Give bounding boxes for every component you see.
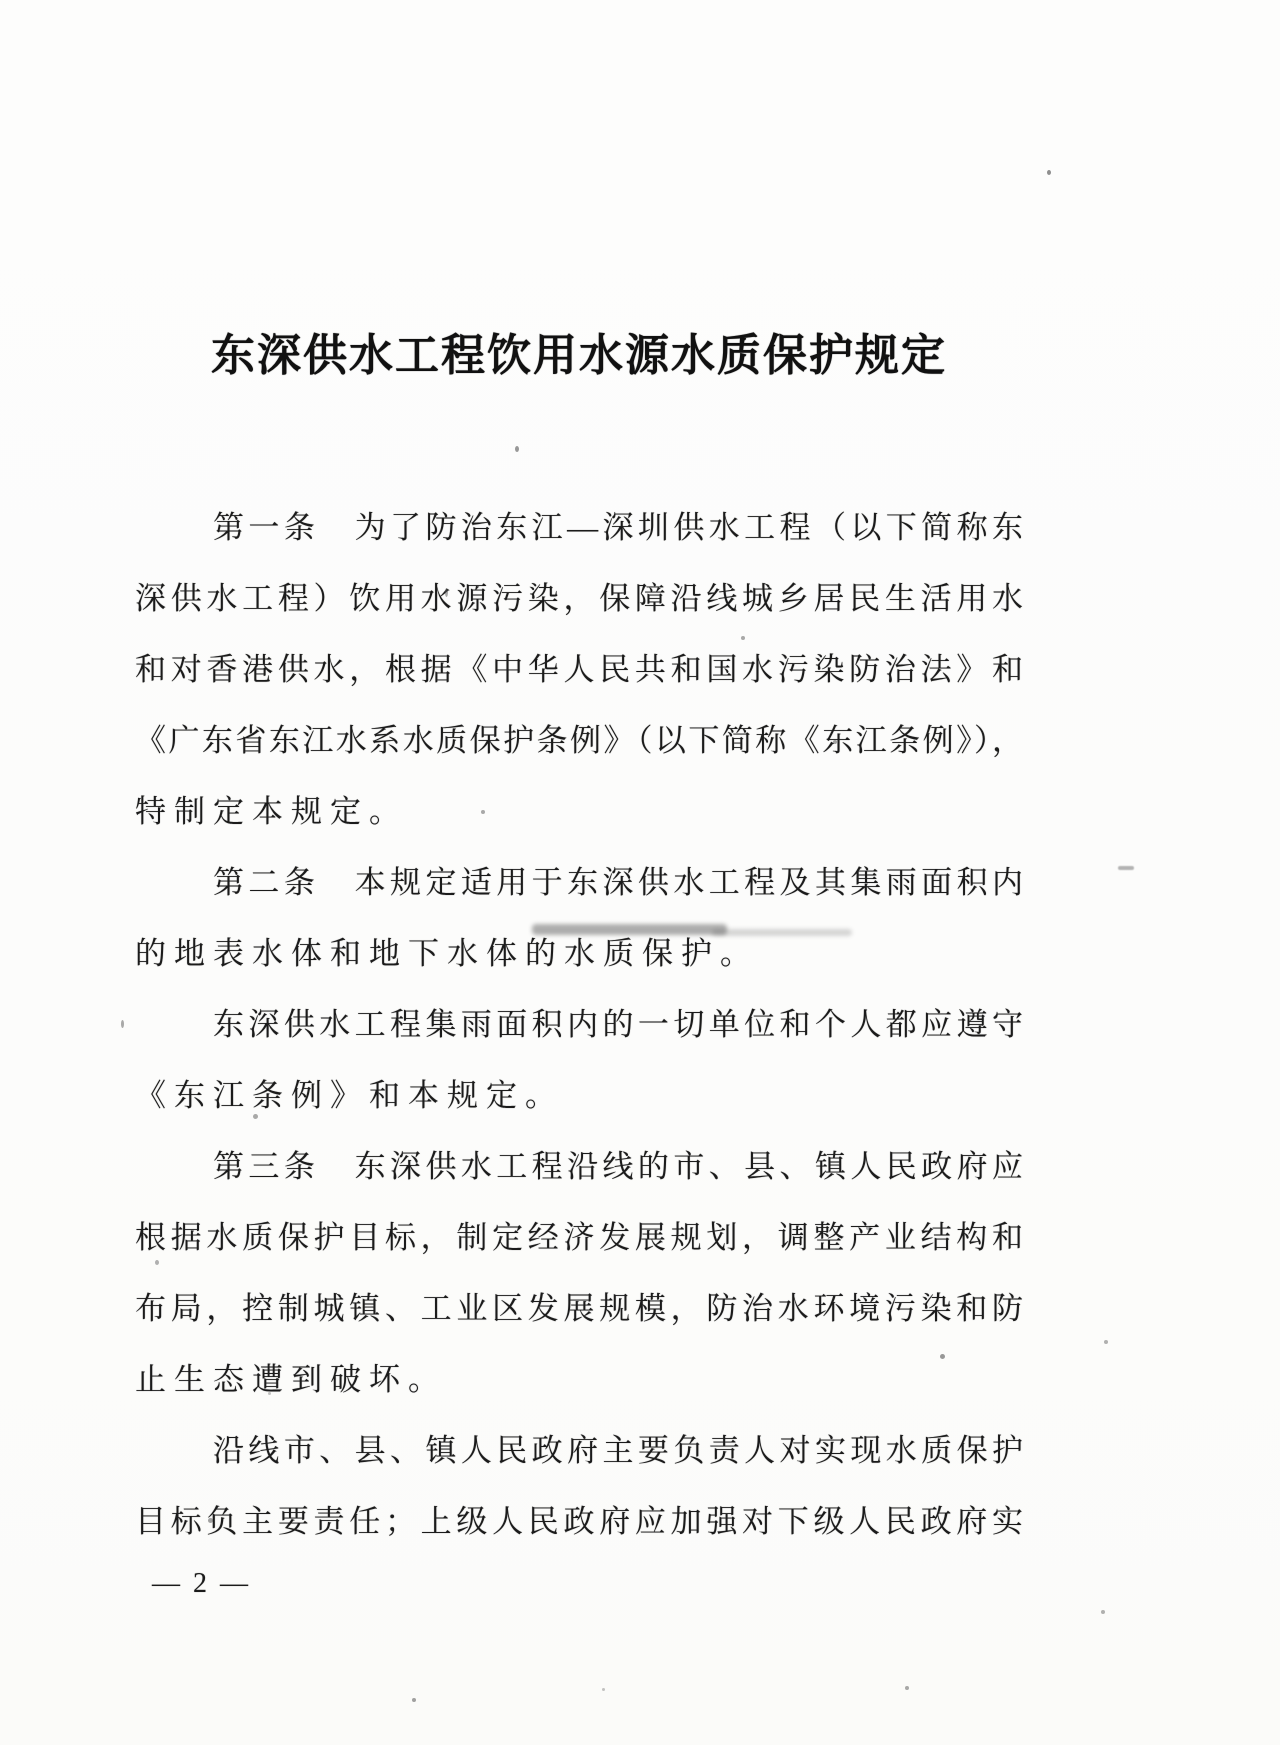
noise-speck: [412, 1698, 416, 1702]
body-line: 目标负主要责任；上级人民政府应加强对下级人民政府实: [135, 1486, 1023, 1557]
page-number: — 2 —: [152, 1568, 251, 1600]
noise-speck: [905, 1686, 909, 1690]
scanned-page: 东深供水工程饮用水源水质保护规定 第一条 为了防治东江—深圳供水工程（以下简称东…: [0, 0, 1280, 1745]
noise-speck: [1047, 170, 1051, 175]
body-line: 根据水质保护目标，制定经济发展规划，调整产业结构和: [135, 1202, 1023, 1273]
noise-speck: [602, 1688, 605, 1691]
document-body: 第一条 为了防治东江—深圳供水工程（以下简称东 深供水工程）饮用水源污染，保障沿…: [135, 492, 1023, 1557]
body-line-article-3: 第三条 东深供水工程沿线的市、县、镇人民政府应: [135, 1131, 1023, 1202]
body-line: 特制定本规定。: [135, 776, 1023, 847]
noise-speck: [1118, 866, 1134, 870]
body-line: 沿线市、县、镇人民政府主要负责人对实现水质保护: [135, 1415, 1023, 1486]
body-line: 深供水工程）饮用水源污染，保障沿线城乡居民生活用水: [135, 563, 1023, 634]
body-line: 布局，控制城镇、工业区发展规模，防治水环境污染和防: [135, 1273, 1023, 1344]
noise-speck: [1101, 1610, 1105, 1614]
body-line: 《广东省东江水系水质保护条例》（以下简称《东江条例》），: [135, 705, 1023, 776]
body-line-article-2: 第二条 本规定适用于东深供水工程及其集雨面积内: [135, 847, 1023, 918]
body-line-article-1: 第一条 为了防治东江—深圳供水工程（以下简称东: [135, 492, 1023, 563]
body-line: 的地表水体和地下水体的水质保护。: [135, 918, 1023, 989]
noise-speck: [515, 446, 519, 452]
body-line: 东深供水工程集雨面积内的一切单位和个人都应遵守: [135, 989, 1023, 1060]
body-line: 止生态遭到破坏。: [135, 1344, 1023, 1415]
document-title: 东深供水工程饮用水源水质保护规定: [135, 326, 1023, 386]
body-line: 和对香港供水，根据《中华人民共和国水污染防治法》和: [135, 634, 1023, 705]
body-line: 《东江条例》和本规定。: [135, 1060, 1023, 1131]
noise-speck: [121, 1020, 124, 1028]
noise-speck: [1104, 1340, 1108, 1344]
